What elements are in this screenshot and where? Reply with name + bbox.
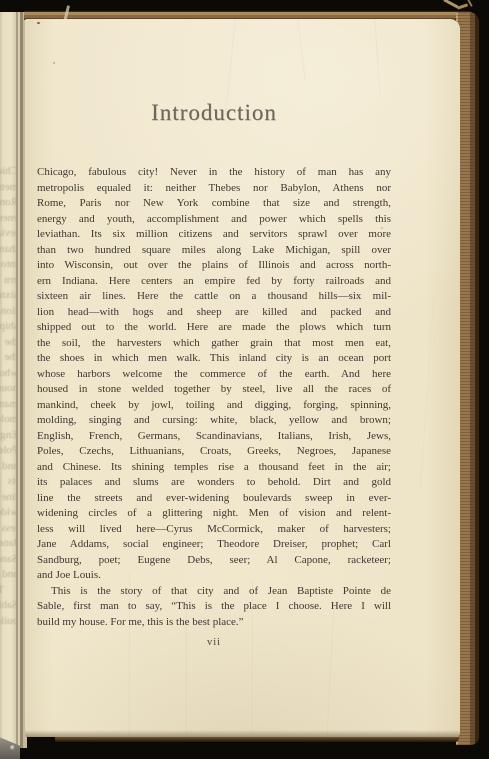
text-line: Sandburg, poet; Eugene Debs, seer; Al Ca… — [37, 553, 391, 569]
text-line: Jane Addams, social engineer; Theodore D… — [37, 537, 391, 553]
text-line: leviathan. Its six million citizens and … — [37, 227, 391, 243]
text-line: energy and youth, accomplishment and pow… — [37, 212, 391, 228]
text-line: ern Indiana. Here centers an empire fed … — [37, 274, 391, 290]
frayed-corner-thread — [457, 3, 468, 9]
paper-crease — [297, 19, 307, 81]
text-line: Rome, Paris nor New York combine that si… — [37, 196, 391, 212]
text-line: and Joe Louis. — [37, 568, 391, 584]
text-line: less will lived here—Cyrus McCormick, ma… — [37, 522, 391, 538]
page-number: vii — [37, 637, 391, 648]
text-line: molding, singing and cursing: white, bla… — [37, 413, 391, 429]
foxing-speck — [37, 22, 40, 24]
text-line: Chicago, fabulous city! Never in the his… — [37, 165, 391, 181]
book-cover-bottom-edge — [55, 737, 459, 742]
scanner-glint — [10, 745, 15, 750]
text-line: and Chinese. Its shining temples rise a … — [37, 460, 391, 476]
text-line: line the streets and ever-widening boule… — [37, 491, 391, 507]
text-line: widening circles of a glittering night. … — [37, 506, 391, 522]
text-line: its palaces and slums are wonders to beh… — [37, 475, 391, 491]
text-line: whose harbors welcome the commerce of th… — [37, 367, 391, 383]
text-line: shipped out to the world. Here are made … — [37, 320, 391, 336]
text-line: lion head—with hogs and sheep are killed… — [37, 305, 391, 321]
page-title: Introduction — [37, 98, 391, 128]
book-page: Introduction Chicago, fabulous city! Nev… — [25, 19, 460, 737]
body-text: Chicago, fabulous city! Never in the his… — [37, 165, 391, 630]
text-line: This is the story of that city and of Je… — [37, 584, 391, 600]
foxing-speck — [53, 62, 55, 64]
paper-crease — [420, 289, 436, 489]
text-line: sixteen air lines. Here the cattle on a … — [37, 289, 391, 305]
text-line: metropolis equaled it: neither Thebes no… — [37, 181, 391, 197]
text-line: English, French, Germans, Scandinavians,… — [37, 429, 391, 445]
text-line: than two hundred square miles along Lake… — [37, 243, 391, 259]
text-line: the shoes in which men walk. This inland… — [37, 351, 391, 367]
text-line: the soil, the harvesters which gather gr… — [37, 336, 391, 352]
text-line: Sable, first man to say, “This is the pl… — [37, 599, 391, 615]
text-line: build my house. For me, this is the best… — [37, 615, 391, 631]
text-line: housed in stone welded together by steel… — [37, 382, 391, 398]
scan-background: Chicago, fabulous city! Never in the his… — [0, 0, 489, 759]
text-line: Poles, Czechs, Lithuanians, Croats, Gree… — [37, 444, 391, 460]
paper-crease — [374, 19, 381, 97]
text-line: mankind, cheek by jowl, toiling and digg… — [37, 398, 391, 414]
text-line: into Wisconsin, out over the plains of I… — [37, 258, 391, 274]
